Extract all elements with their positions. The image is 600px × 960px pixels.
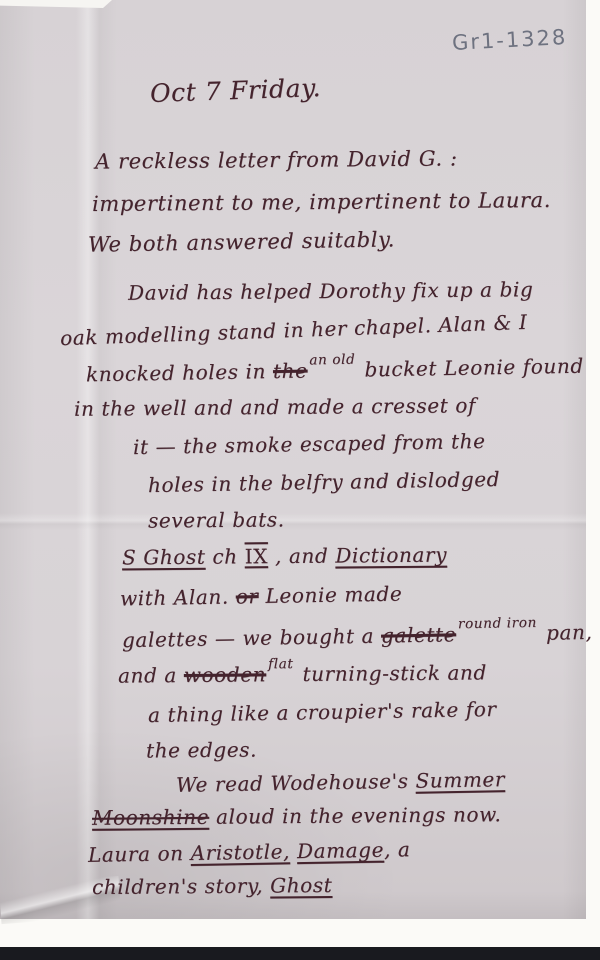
text-segment: Oct 7 Friday. (150, 73, 322, 108)
text-segment-strike: or (236, 584, 259, 608)
text-segment: galettes — we bought a (122, 624, 381, 653)
text-segment: in the well and and made a cresset of (74, 393, 476, 421)
manuscript-line: with Alan. or Leonie made (120, 584, 403, 609)
text-segment-insert: flat (268, 658, 293, 672)
manuscript-line: a thing like a croupier's rake for (148, 699, 497, 725)
manuscript-line: We read Wodehouse's Summer (176, 769, 505, 795)
text-segment: Leonie made (258, 582, 402, 609)
text-segment: knocked holes in (86, 359, 273, 386)
text-segment-underline: Aristotle, (190, 839, 290, 865)
text-segment: We both answered suitably. (88, 227, 395, 256)
text-segment: children's story, (92, 873, 270, 899)
manuscript-line: knocked holes in thean old bucket Leonie… (86, 356, 584, 385)
text-segment: We read Wodehouse's (176, 769, 416, 797)
text-segment: A reckless letter from David G. : (95, 146, 458, 173)
text-segment: bucket Leonie found (357, 354, 584, 382)
text-segment: it — the smoke escaped from the (133, 429, 486, 459)
text-segment-underline: Dictionary (335, 543, 447, 568)
manuscript-line: in the well and and made a cresset of (74, 395, 476, 419)
paper-sheet: Gr1-1328 Oct 7 Friday.A reckless letter … (0, 0, 586, 919)
date-heading: Oct 7 Friday. (150, 75, 322, 106)
text-segment-strike-underline: Moonshine (92, 805, 209, 830)
text-segment: , a (384, 837, 411, 861)
text-segment: ch (205, 544, 244, 568)
manuscript-line: holes in the belfry and dislodged (148, 469, 500, 495)
manuscript-line: galettes — we bought a galetteround iron… (122, 622, 593, 651)
text-segment-romannum: IX (245, 544, 269, 568)
text-segment: with Alan. (120, 584, 236, 610)
text-segment-strike: galette (381, 622, 456, 647)
manuscript-photo: Gr1-1328 Oct 7 Friday.A reckless letter … (0, 0, 600, 960)
text-segment: and a (118, 663, 184, 688)
text-segment: , and (268, 544, 335, 569)
manuscript-line: S Ghost ch IX , and Dictionary (122, 545, 447, 568)
manuscript-line: Moonshine aloud in the evenings now. (92, 804, 502, 828)
text-segment-strike: wooden (184, 662, 267, 687)
text-segment: turning-stick and (295, 660, 487, 686)
text-segment: the edges. (146, 738, 257, 763)
text-segment-underline: Summer (415, 767, 505, 793)
manuscript-line: A reckless letter from David G. : (95, 148, 458, 172)
manuscript-line: the edges. (146, 740, 257, 761)
paper-edge-gap (0, 0, 112, 8)
text-segment: a thing like a croupier's rake for (148, 697, 497, 727)
text-segment: holes in the belfry and dislodged (148, 467, 500, 497)
text-segment: several bats. (148, 507, 285, 532)
text-segment: Laura on (88, 841, 191, 867)
manuscript-line: it — the smoke escaped from the (133, 431, 486, 457)
text-segment-insert: round iron (458, 617, 537, 632)
text-segment: impertinent to me, impertinent to Laura. (92, 188, 551, 216)
manuscript-line: David has helped Dorothy fix up a big (128, 279, 534, 303)
text-segment: David has helped Dorothy fix up a big (128, 277, 534, 305)
text-segment-strike: the (273, 358, 308, 383)
manuscript-line: oak modelling stand in her chapel. Alan … (60, 312, 528, 348)
text-segment: oak modelling stand in her chapel. Alan … (60, 310, 528, 350)
text-segment-insert: an old (309, 354, 355, 368)
paper-crease (0, 508, 586, 534)
text-segment: aloud in the evenings now. (209, 802, 501, 829)
manuscript-line: and a woodenflat turning-stick and (118, 662, 487, 686)
manuscript-line: impertinent to me, impertinent to Laura. (92, 190, 551, 215)
text-segment-underline: Damage (297, 838, 384, 864)
manuscript-line: Laura on Aristotle, Damage, a (88, 839, 411, 865)
photo-edge-bar (0, 947, 600, 960)
text-segment-underline: Ghost (270, 873, 332, 898)
manuscript-line: children's story, Ghost (92, 875, 333, 897)
text-segment-underline: S Ghost (122, 545, 206, 570)
manuscript-line: several bats. (148, 509, 285, 530)
manuscript-line: We both answered suitably. (88, 229, 395, 255)
text-segment: pan, (539, 620, 593, 645)
archive-number: Gr1-1328 (451, 25, 567, 55)
